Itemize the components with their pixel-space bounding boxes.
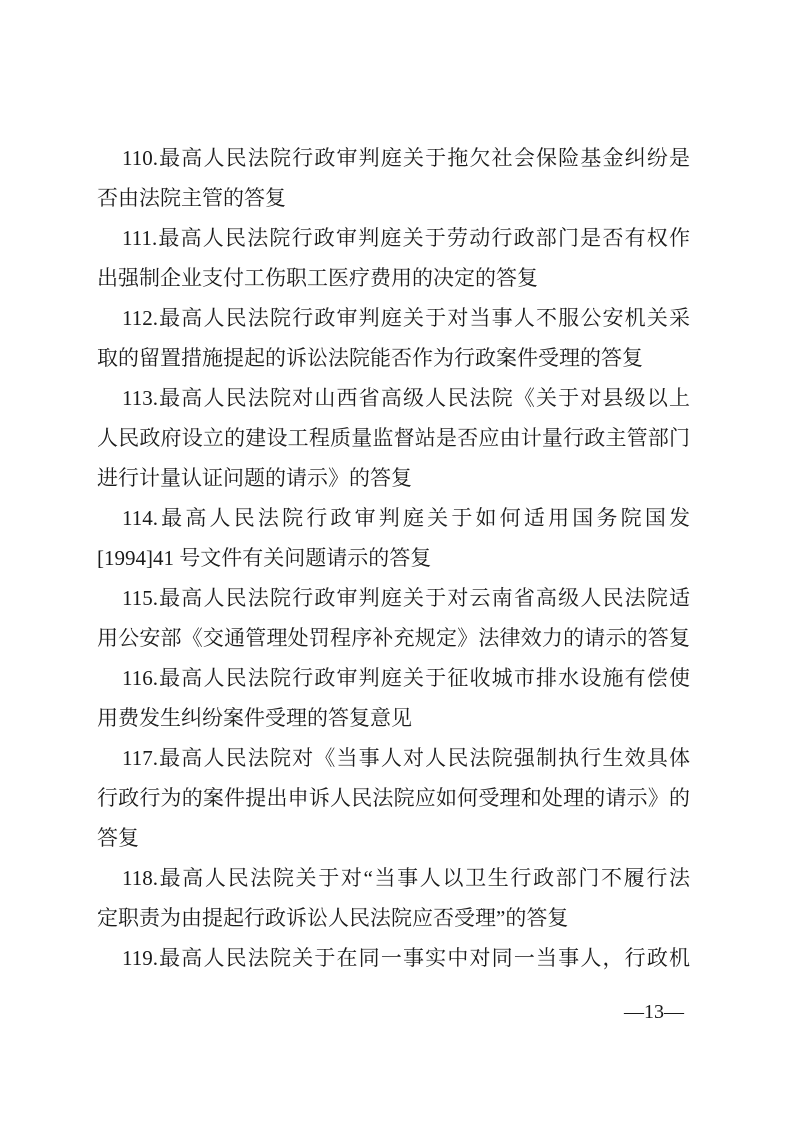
toc-item-line: 112.最高人民法院行政审判庭关于对当事人不服公安机关采: [97, 298, 690, 338]
document-page: 110.最高人民法院行政审判庭关于拖欠社会保险基金纠纷是 否由法院主管的答复 1…: [0, 0, 793, 1122]
toc-item-116: 116.最高人民法院行政审判庭关于征收城市排水设施有偿使 用费发生纠纷案件受理的…: [97, 658, 690, 738]
toc-item-line: 进行计量认证问题的请示》的答复: [97, 458, 690, 498]
toc-item-line: 117.最高人民法院对《当事人对人民法院强制执行生效具体: [97, 738, 690, 778]
toc-item-line: 行政行为的案件提出申诉人民法院应如何受理和处理的请示》的: [97, 778, 690, 818]
page-number: —13—: [97, 1000, 690, 1024]
toc-item-111: 111.最高人民法院行政审判庭关于劳动行政部门是否有权作 出强制企业支付工伤职工…: [97, 218, 690, 298]
toc-item-117: 117.最高人民法院对《当事人对人民法院强制执行生效具体 行政行为的案件提出申诉…: [97, 738, 690, 858]
toc-item-110: 110.最高人民法院行政审判庭关于拖欠社会保险基金纠纷是 否由法院主管的答复: [97, 138, 690, 218]
toc-item-line: 用公安部《交通管理处罚程序补充规定》法律效力的请示的答复: [97, 618, 690, 658]
toc-item-line: 113.最高人民法院对山西省高级人民法院《关于对县级以上: [97, 378, 690, 418]
toc-item-line: 答复: [97, 818, 690, 858]
toc-item-119: 119.最高人民法院关于在同一事实中对同一当事人，行政机: [97, 938, 690, 978]
toc-item-line: 否由法院主管的答复: [97, 178, 690, 218]
toc-item-line: 116.最高人民法院行政审判庭关于征收城市排水设施有偿使: [97, 658, 690, 698]
toc-item-line: 出强制企业支付工伤职工医疗费用的决定的答复: [97, 258, 690, 298]
toc-item-line: 114.最高人民法院行政审判庭关于如何适用国务院国发: [97, 498, 690, 538]
toc-item-115: 115.最高人民法院行政审判庭关于对云南省高级人民法院适 用公安部《交通管理处罚…: [97, 578, 690, 658]
toc-item-114: 114.最高人民法院行政审判庭关于如何适用国务院国发 [1994]41 号文件有…: [97, 498, 690, 578]
toc-item-line: 111.最高人民法院行政审判庭关于劳动行政部门是否有权作: [97, 218, 690, 258]
toc-item-line: 115.最高人民法院行政审判庭关于对云南省高级人民法院适: [97, 578, 690, 618]
toc-item-line: 用费发生纠纷案件受理的答复意见: [97, 698, 690, 738]
toc-item-line: [1994]41 号文件有关问题请示的答复: [97, 538, 690, 578]
toc-item-line: 定职责为由提起行政诉讼人民法院应否受理”的答复: [97, 898, 690, 938]
toc-item-line: 118.最高人民法院关于对“当事人以卫生行政部门不履行法: [97, 858, 690, 898]
toc-item-112: 112.最高人民法院行政审判庭关于对当事人不服公安机关采 取的留置措施提起的诉讼…: [97, 298, 690, 378]
toc-item-line: 取的留置措施提起的诉讼法院能否作为行政案件受理的答复: [97, 338, 690, 378]
toc-item-118: 118.最高人民法院关于对“当事人以卫生行政部门不履行法 定职责为由提起行政诉讼…: [97, 858, 690, 938]
toc-item-113: 113.最高人民法院对山西省高级人民法院《关于对县级以上 人民政府设立的建设工程…: [97, 378, 690, 498]
toc-item-line: 119.最高人民法院关于在同一事实中对同一当事人，行政机: [97, 938, 690, 978]
toc-item-line: 110.最高人民法院行政审判庭关于拖欠社会保险基金纠纷是: [97, 138, 690, 178]
toc-item-line: 人民政府设立的建设工程质量监督站是否应由计量行政主管部门: [97, 418, 690, 458]
document-title-list: 110.最高人民法院行政审判庭关于拖欠社会保险基金纠纷是 否由法院主管的答复 1…: [97, 138, 690, 978]
